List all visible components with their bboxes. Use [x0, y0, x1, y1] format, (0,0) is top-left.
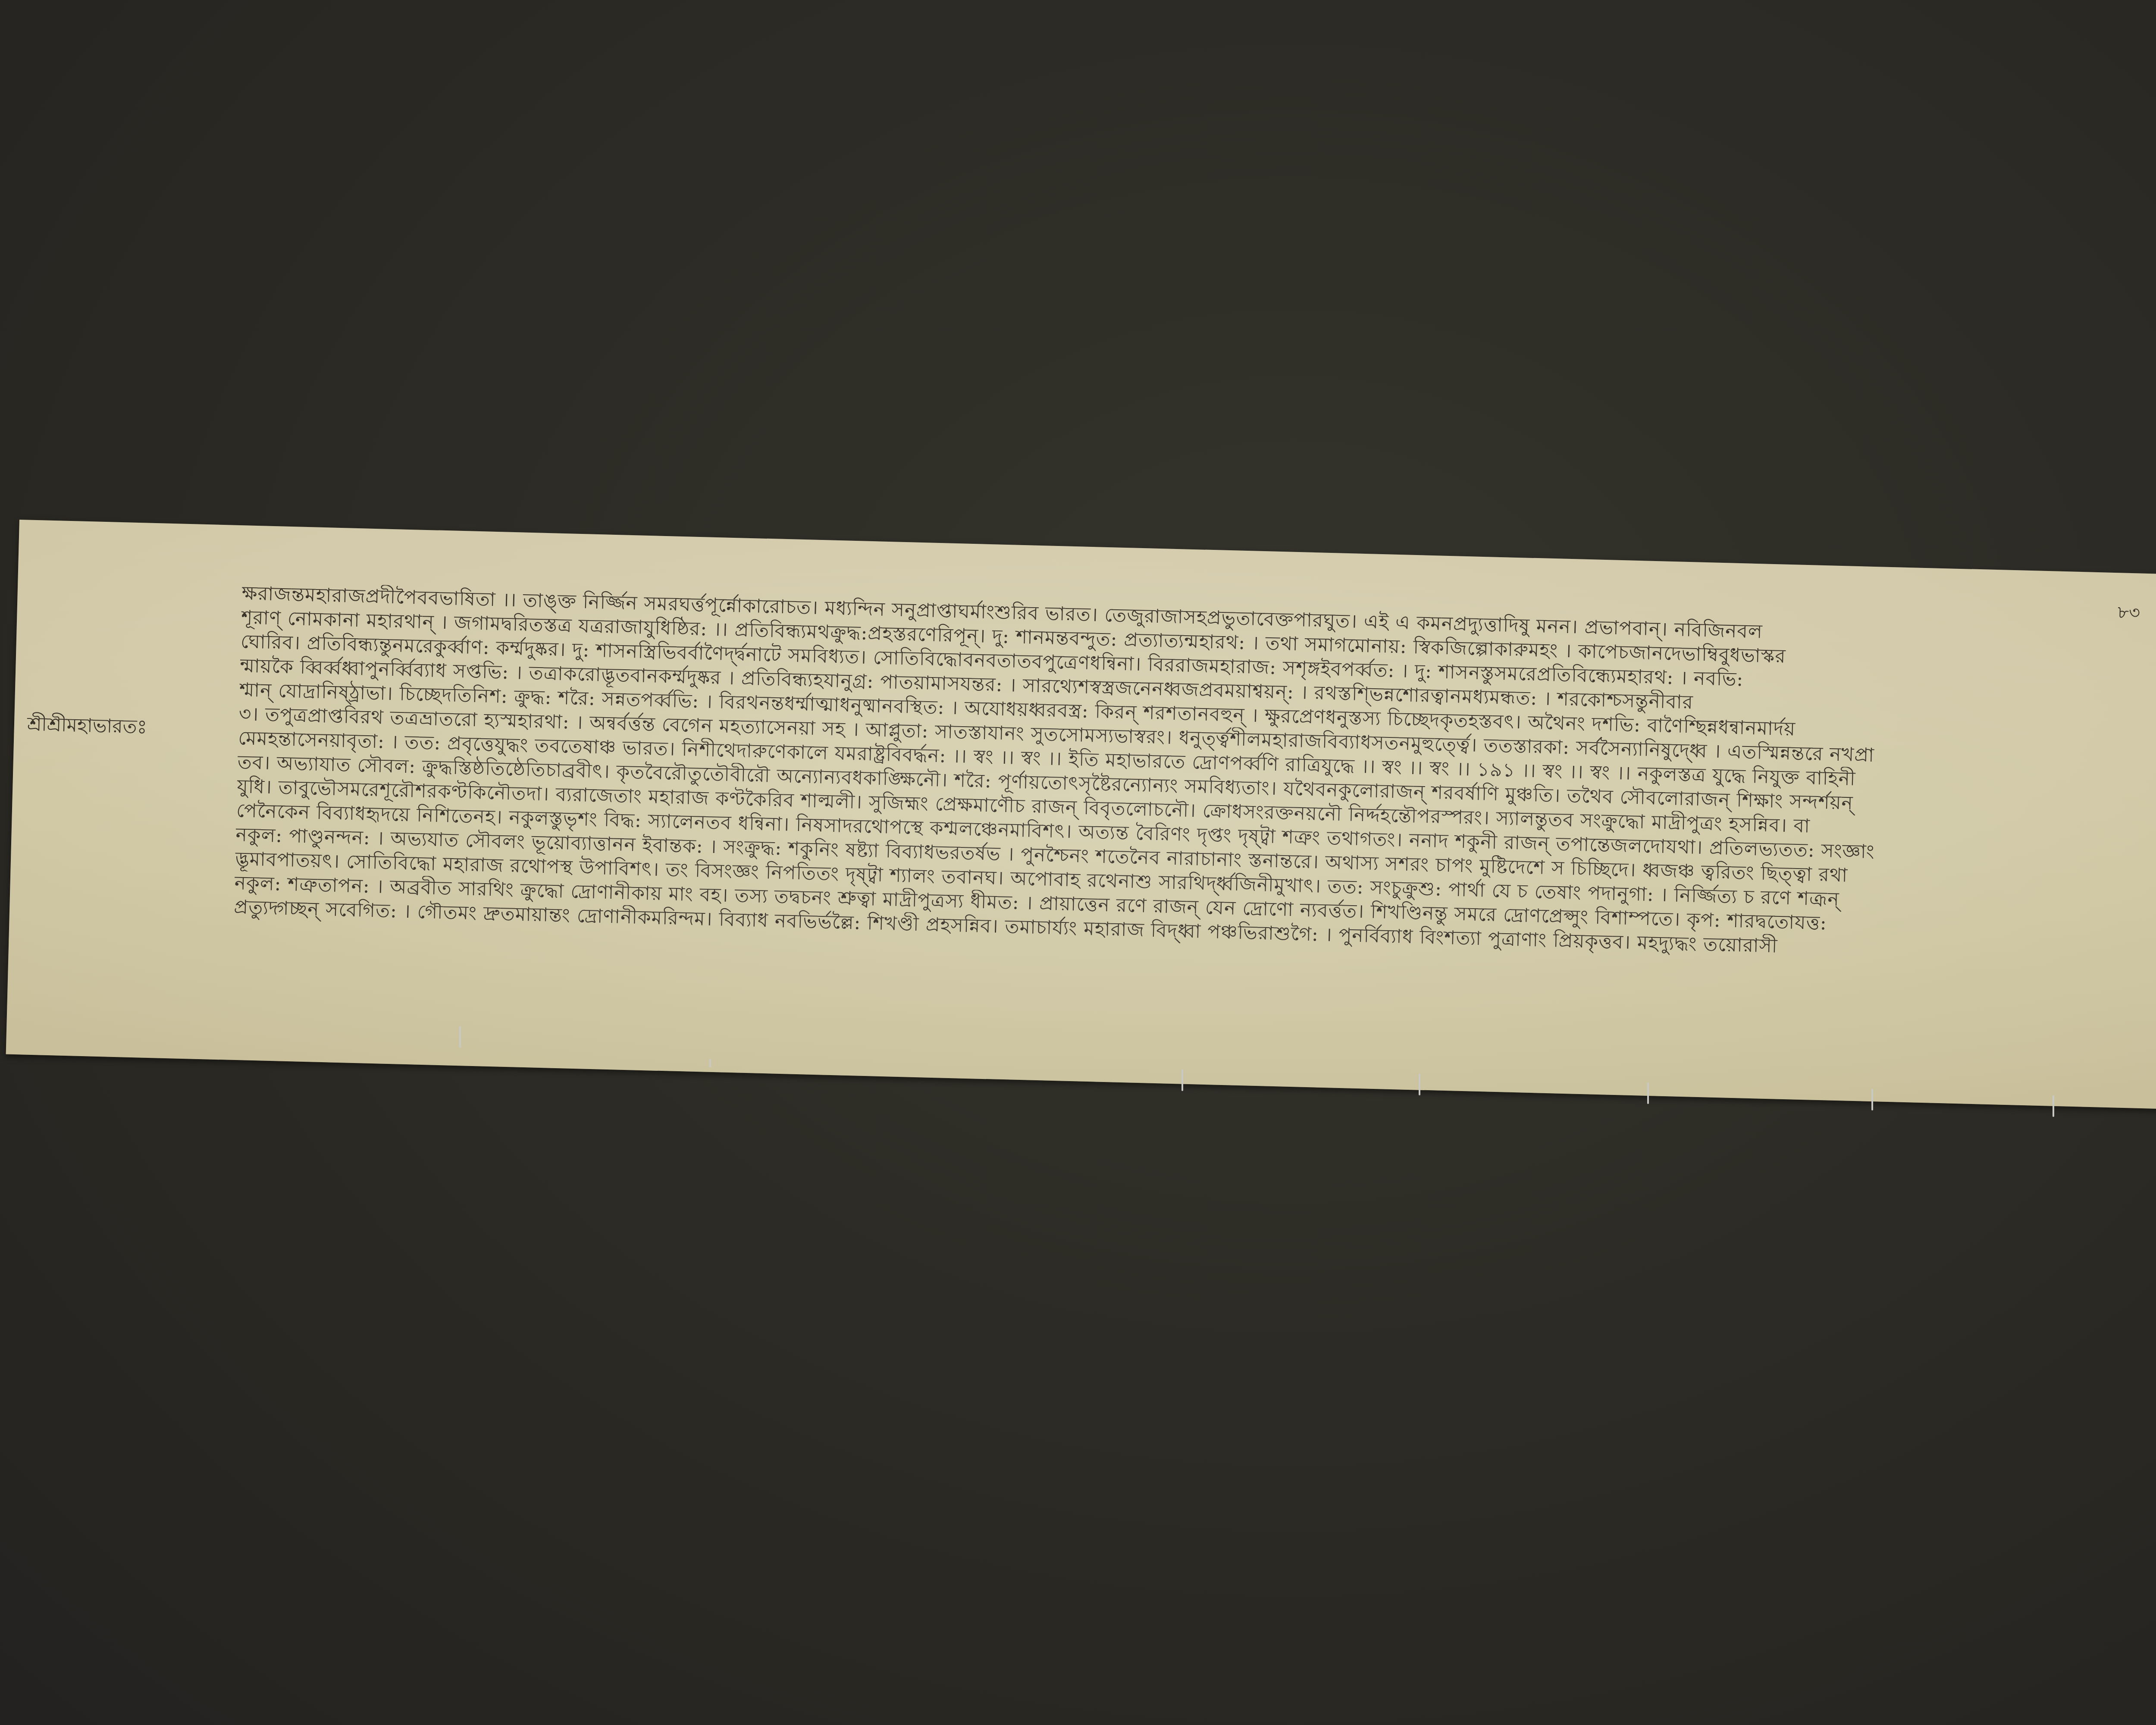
mounting-pin — [1419, 1074, 1420, 1095]
mounting-pin — [2053, 1095, 2054, 1117]
mounting-pin — [1871, 1089, 1873, 1110]
mounting-pin — [1647, 1082, 1649, 1104]
manuscript-text: ক্ষরাজন্তমহারাজপ্রদীপৈববভাষিতা ।। তাঙ্ক্… — [234, 581, 2156, 969]
left-margin-title: শ্রীশ্রীমহাভারতঃ — [27, 710, 147, 744]
folio-number: ৮৩ — [2117, 599, 2140, 628]
mounting-pin — [459, 1026, 461, 1048]
manuscript-leaf: ৮৩ শ্রীশ্রীমহাভারতঃ ক্ষরাজন্তমহারাজপ্রদী… — [6, 520, 2156, 1110]
mounting-pin — [709, 1059, 711, 1067]
mounting-pin — [1181, 1069, 1183, 1091]
